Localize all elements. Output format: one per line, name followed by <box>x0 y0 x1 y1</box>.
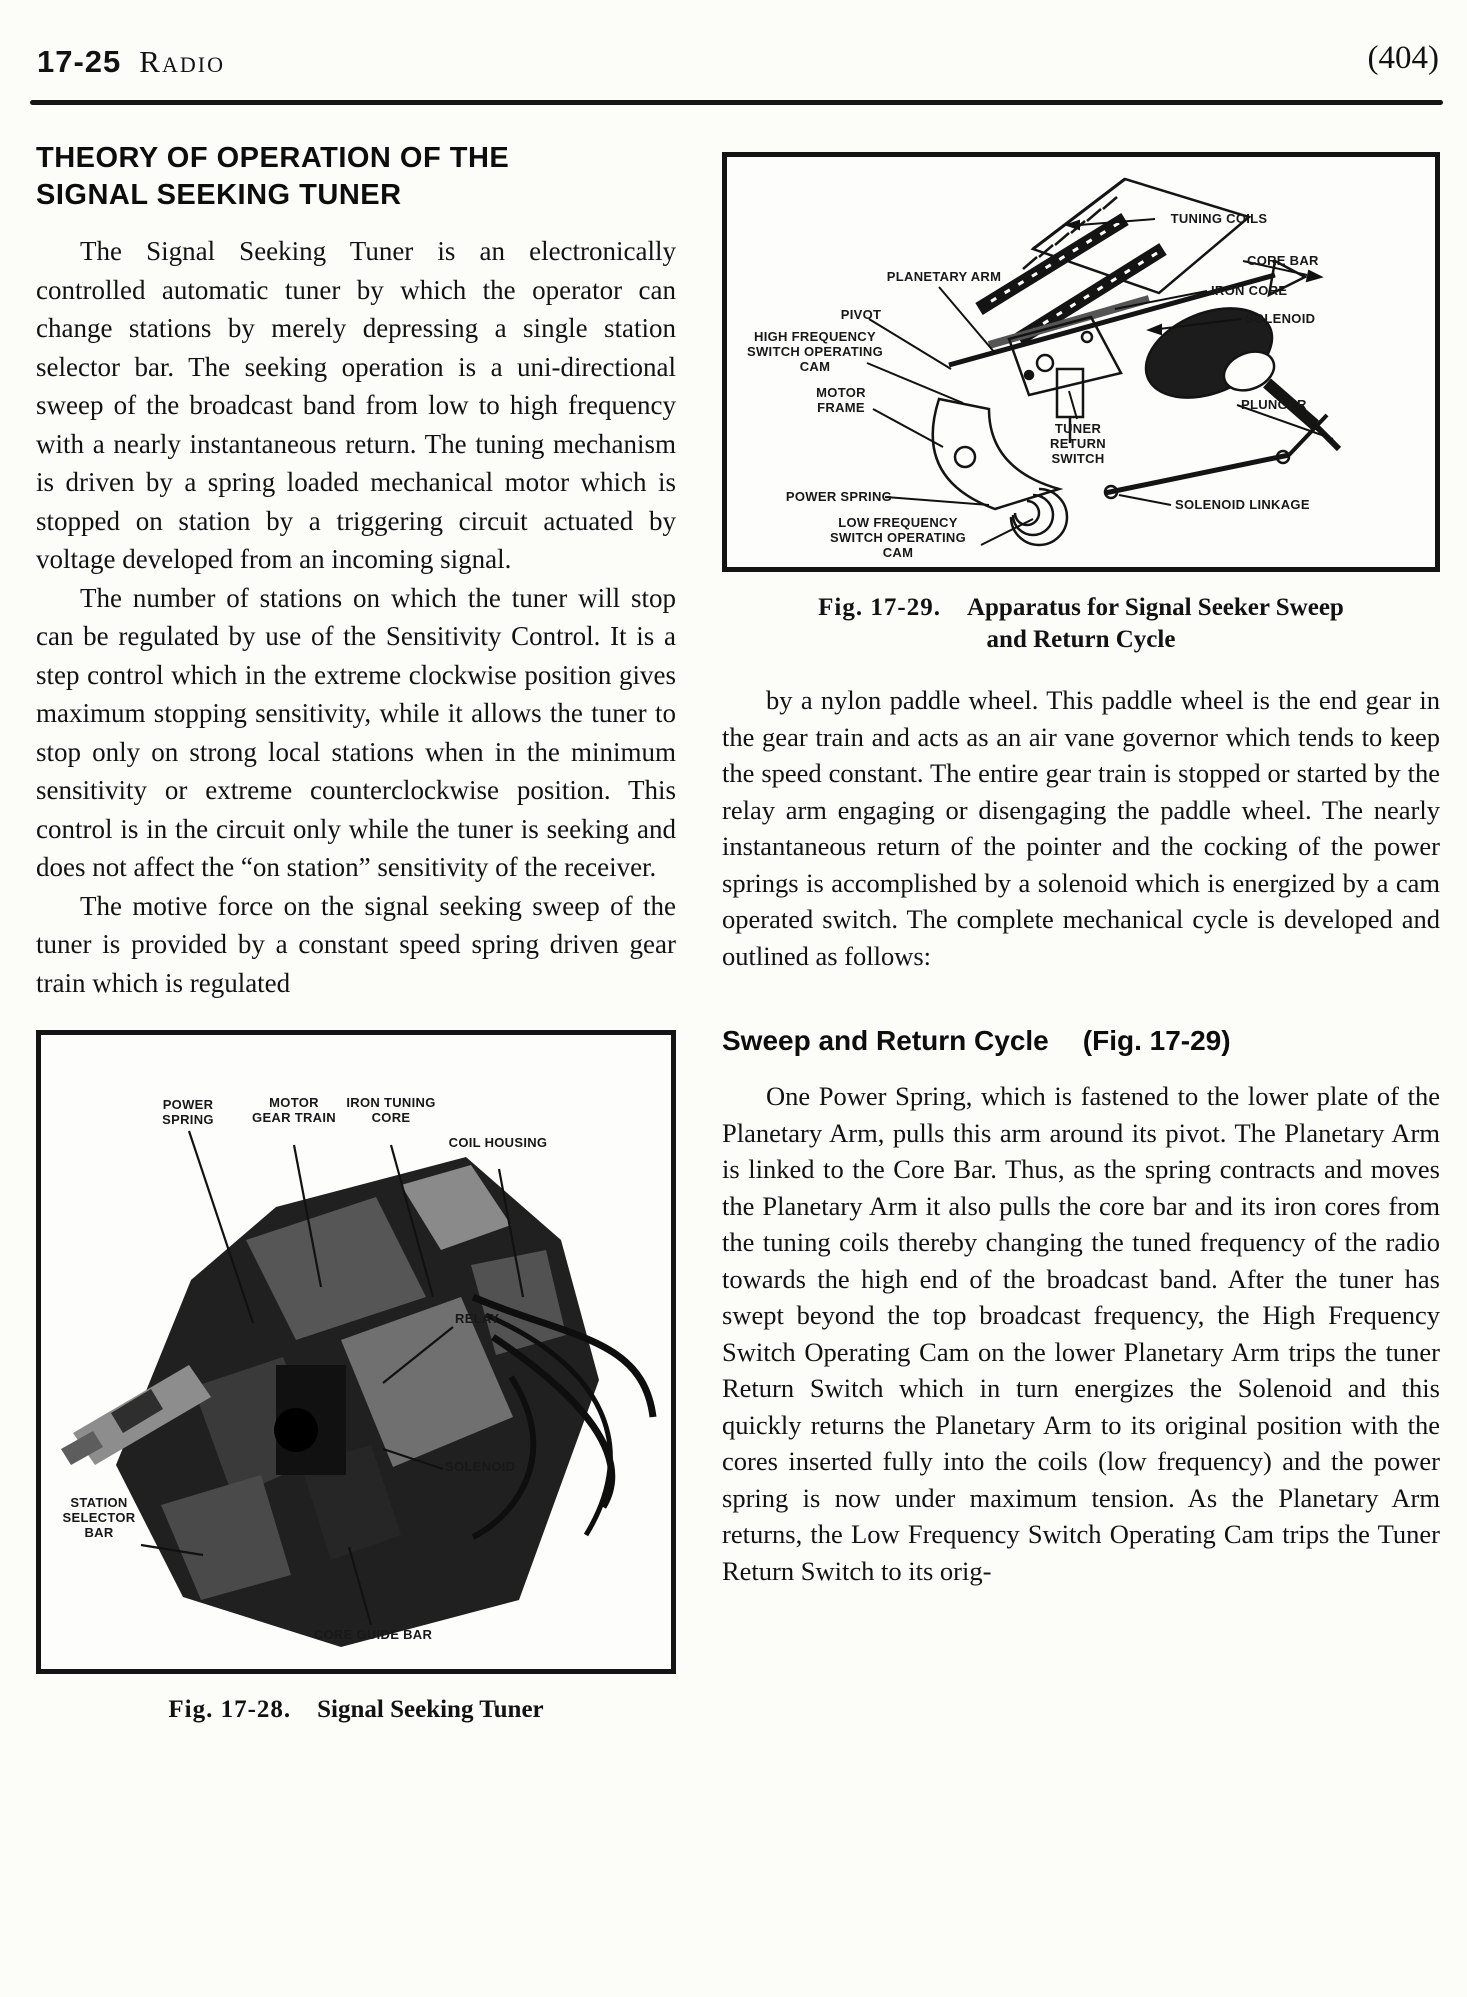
fig29-label-tuner-return-switch: TUNER RETURN SWITCH <box>1039 421 1117 466</box>
fig28-label-station-selector-bar: STATION SELECTOR BAR <box>55 1495 143 1540</box>
fig28-label-solenoid: SOLENOID <box>445 1459 539 1474</box>
page-number: (404) <box>1368 40 1439 77</box>
main-heading: THEORY OF OPERATION OF THE SIGNAL SEEKIN… <box>36 140 676 214</box>
right-column: TUNING COILS CORE BAR IRON CORE SOLENOID… <box>722 152 1440 1589</box>
figure-17-29: TUNING COILS CORE BAR IRON CORE SOLENOID… <box>722 152 1440 572</box>
fig29-label-low-frequency-switch-operating-cam: LOW FREQUENCY SWITCH OPERATING CAM <box>813 515 983 560</box>
fig28-label-motor-gear-train: MOTOR GEAR TRAIN <box>249 1095 339 1125</box>
header-rule <box>30 100 1443 105</box>
figure-17-28-caption: Fig. 17-28.Signal Seeking Tuner <box>36 1694 676 1726</box>
section-number: 17-25 <box>37 44 121 79</box>
left-column: THEORY OF OPERATION OF THE SIGNAL SEEKIN… <box>36 140 676 1726</box>
fig29-label-pivot: PIVOT <box>831 307 891 322</box>
figure-17-29-caption-title-line1: Apparatus for Signal Seeker Sweep <box>967 594 1344 621</box>
sub-heading: Sweep and Return Cycle(Fig. 17-29) <box>722 1024 1440 1058</box>
fig29-label-motor-frame: MOTOR FRAME <box>801 385 881 415</box>
fig29-label-core-bar: CORE BAR <box>1247 253 1347 268</box>
sub-heading-title: Sweep and Return Cycle <box>722 1025 1049 1056</box>
fig29-label-plunger: PLUNGER <box>1241 397 1331 412</box>
body-paragraph: One Power Spring, which is fastened to t… <box>722 1078 1440 1589</box>
fig29-label-high-frequency-switch-operating-cam: HIGH FREQUENCY SWITCH OPERATING CAM <box>745 329 885 374</box>
main-heading-line2: SIGNAL SEEKING TUNER <box>36 179 402 211</box>
fig28-label-relay: RELAY <box>455 1311 525 1326</box>
fig28-label-core-guide-bar: CORE GUIDE BAR <box>283 1627 463 1642</box>
fig29-label-planetary-arm: PLANETARY ARM <box>869 269 1019 284</box>
tuner-photo-illustration <box>41 1035 671 1669</box>
body-paragraph: The Signal Seeking Tuner is an electroni… <box>36 232 676 579</box>
figure-17-28-caption-title: Signal Seeking Tuner <box>317 1696 543 1723</box>
figure-17-29-caption-number: Fig. 17-29. <box>818 594 941 621</box>
fig29-label-power-spring: POWER SPRING <box>779 489 899 504</box>
sub-heading-figure-reference: (Fig. 17-29) <box>1083 1025 1231 1056</box>
section-title: Radio <box>139 44 225 79</box>
fig28-label-iron-tuning-core: IRON TUNING CORE <box>343 1095 439 1125</box>
main-heading-line1: THEORY OF OPERATION OF THE <box>36 142 509 174</box>
page-header-left: 17-25Radio <box>37 44 225 80</box>
fig29-label-tuning-coils: TUNING COILS <box>1159 211 1279 226</box>
fig28-label-power-spring: POWER SPRING <box>143 1097 233 1127</box>
figure-17-29-caption-title-line2: and Return Cycle <box>987 626 1176 653</box>
manual-page: 17-25Radio (404) THEORY OF OPERATION OF … <box>0 0 1467 1997</box>
body-paragraph: The motive force on the signal seeking s… <box>36 887 676 1003</box>
fig28-label-coil-housing: COIL HOUSING <box>443 1135 553 1150</box>
figure-17-28-caption-number: Fig. 17-28. <box>168 1696 291 1723</box>
figure-17-28: POWER SPRING MOTOR GEAR TRAIN IRON TUNIN… <box>36 1030 676 1674</box>
fig29-label-solenoid: SOLENOID <box>1245 311 1345 326</box>
body-paragraph: The number of stations on which the tune… <box>36 579 676 887</box>
fig29-label-solenoid-linkage: SOLENOID LINKAGE <box>1175 497 1335 512</box>
body-paragraph: by a nylon paddle wheel. This paddle whe… <box>722 682 1440 974</box>
figure-17-29-caption: Fig. 17-29.Apparatus for Signal Seeker S… <box>722 592 1440 656</box>
fig29-label-iron-core: IRON CORE <box>1211 283 1321 298</box>
